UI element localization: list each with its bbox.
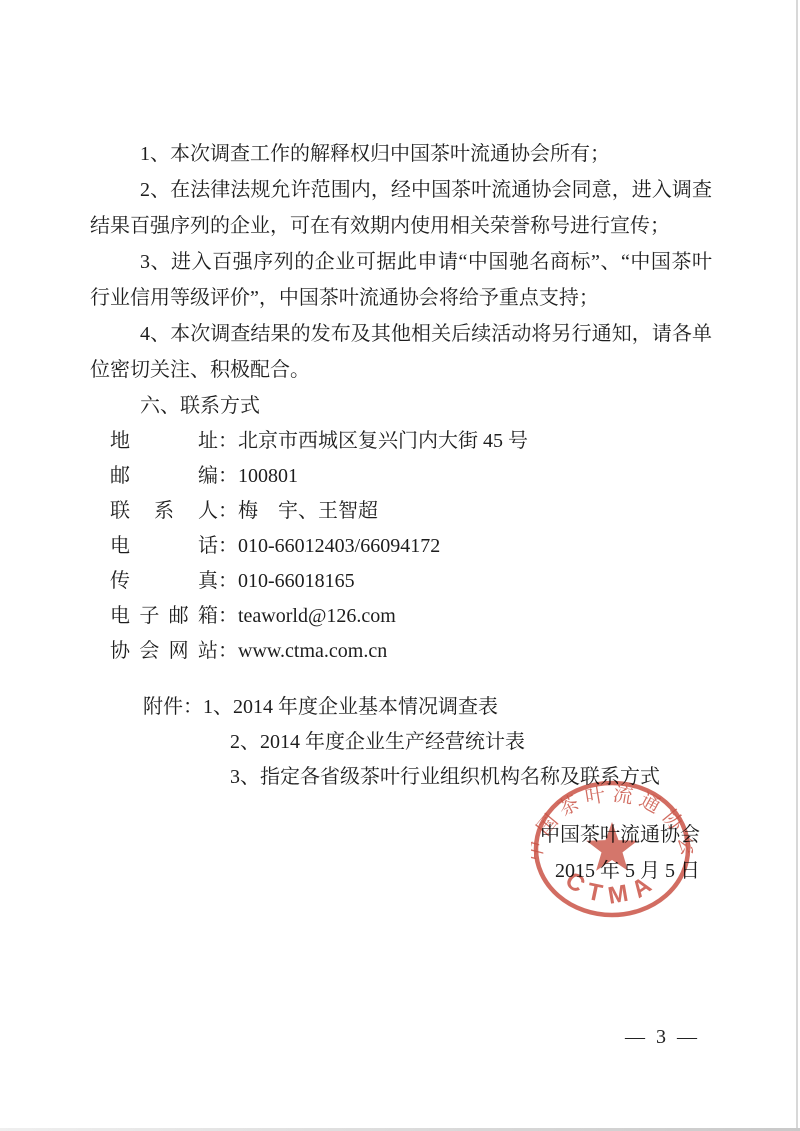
contact-row-fax: 传 真：010-66018165	[110, 564, 712, 599]
paragraph-2: 2、在法律法规允许范围内，经中国茶叶流通协会同意，进入调查结果百强序列的企业，可…	[90, 172, 712, 244]
paragraph-3: 3、进入百强序列的企业可据此申请“中国驰名商标”、“中国茶叶行业信用等级评价”，…	[90, 244, 712, 316]
contact-value: 010-66012403/66094172	[238, 535, 440, 557]
contact-list: 地 址：北京市西城区复兴门内大街 45 号 邮 编：100801 联 系 人：梅…	[90, 424, 712, 669]
contact-label: 地 址	[110, 424, 218, 459]
signature-block: 中国茶叶流通协会 2015 年 5 月 5 日	[90, 817, 712, 889]
document-body: 1、本次调查工作的解释权归中国茶叶流通协会所有； 2、在法律法规允许范围内，经中…	[90, 136, 712, 889]
signature-org: 中国茶叶流通协会	[90, 817, 700, 853]
contact-label: 电 话	[110, 529, 218, 564]
colon: ：	[218, 430, 238, 452]
contact-value: 010-66018165	[238, 570, 355, 592]
colon: ：	[218, 500, 238, 522]
contact-row-phone: 电 话：010-66012403/66094172	[110, 529, 712, 564]
colon: ：	[218, 605, 238, 627]
attachments-label: 附件：	[143, 696, 203, 718]
contact-label: 传 真	[110, 564, 218, 599]
paragraph-1: 1、本次调查工作的解释权归中国茶叶流通协会所有；	[90, 136, 712, 172]
contact-value: 100801	[238, 465, 298, 487]
contact-value: 北京市西城区复兴门内大街 45 号	[238, 430, 528, 452]
contact-value: teaworld@126.com	[238, 605, 396, 627]
colon: ：	[218, 535, 238, 557]
attachment-item-1: 附件：1、2014 年度企业基本情况调查表	[143, 690, 712, 725]
signature-date: 2015 年 5 月 5 日	[90, 853, 700, 889]
attachment-text: 1、2014 年度企业基本情况调查表	[203, 696, 498, 718]
attachment-item-3: 3、指定各省级茶叶行业组织机构名称及联系方式	[143, 760, 712, 795]
contact-row-website: 协会网站：www.ctma.com.cn	[110, 634, 712, 669]
contact-label: 联 系 人	[110, 494, 218, 529]
contact-row-address: 地 址：北京市西城区复兴门内大街 45 号	[110, 424, 712, 459]
colon: ：	[218, 465, 238, 487]
page-number: — 3 —	[625, 1026, 700, 1049]
contact-label: 协会网站	[110, 634, 218, 669]
contact-row-postcode: 邮 编：100801	[110, 459, 712, 494]
paragraph-4: 4、本次调查结果的发布及其他相关后续活动将另行通知，请各单位密切关注、积极配合。	[90, 316, 712, 388]
contact-row-email: 电子邮箱：teaworld@126.com	[110, 599, 712, 634]
contact-label: 邮 编	[110, 459, 218, 494]
attachments-block: 附件：1、2014 年度企业基本情况调查表 2、2014 年度企业生产经营统计表…	[90, 690, 712, 795]
contact-row-person: 联 系 人：梅 宇、王智超	[110, 494, 712, 529]
contact-value: 梅 宇、王智超	[238, 500, 378, 522]
attachment-item-2: 2、2014 年度企业生产经营统计表	[143, 725, 712, 760]
section-heading: 六、联系方式	[90, 388, 712, 424]
contact-value: www.ctma.com.cn	[238, 640, 387, 662]
colon: ：	[218, 640, 238, 662]
contact-label: 电子邮箱	[110, 599, 218, 634]
scan-edge-right	[796, 0, 798, 1131]
colon: ：	[218, 570, 238, 592]
